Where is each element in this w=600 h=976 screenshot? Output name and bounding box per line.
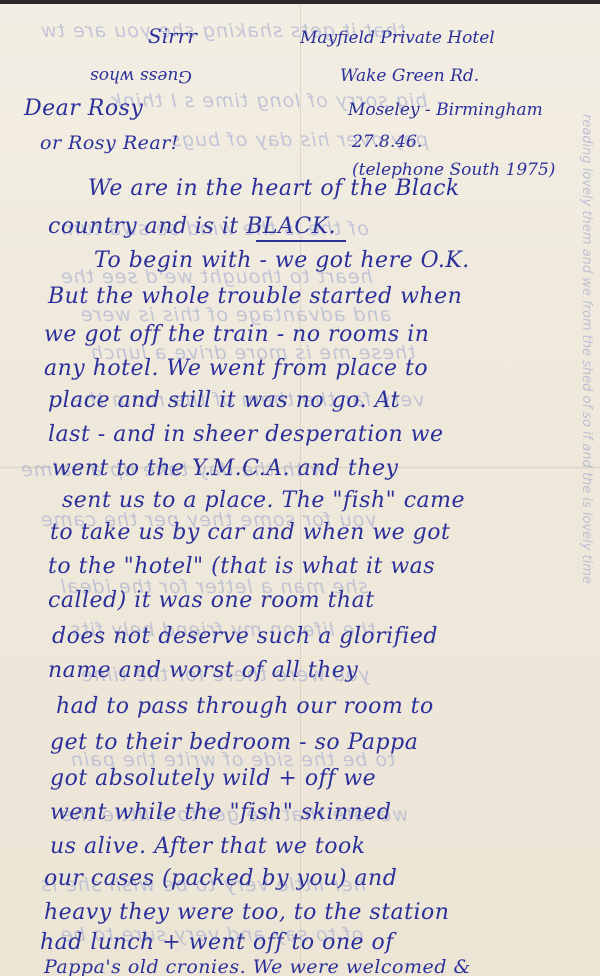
body-line: last - and in sheer desperation we (48, 422, 444, 447)
letter-date: 27.8.46. (352, 132, 422, 152)
body-line: called) it was one room that (48, 588, 375, 613)
body-line: went to the Y.M.C.A. and they (52, 456, 398, 481)
body-line: get to their bedroom - so Pappa (50, 730, 418, 755)
body-line: To begin with - we got here O.K. (94, 248, 470, 273)
body-line: us alive. After that we took (50, 834, 366, 859)
inverted-note: Guess whos (90, 66, 192, 86)
body-line: to the "hotel" (that is what it was (48, 554, 435, 579)
body-line: got absolutely wild + off we (50, 766, 376, 791)
corner-scribble: Sirrr (148, 24, 197, 48)
body-line: Pappa's old cronies. We were welcomed & (44, 956, 471, 976)
body-line: had to pass through our room to (56, 694, 434, 719)
address-hotel: Mayfield Private Hotel (300, 28, 495, 48)
body-line: any hotel. We went from place to (44, 356, 428, 381)
body-line: to take us by car and when we got (50, 520, 450, 545)
body-line: But the whole trouble started when (48, 284, 462, 309)
body-line: country and is it BLACK. (48, 214, 336, 239)
body-line: we got off the train - no rooms in (44, 322, 429, 347)
salutation-nickname: or Rosy Rear! (40, 132, 179, 154)
body-line: name and worst of all they (48, 658, 358, 683)
salutation: Dear Rosy (24, 96, 143, 121)
address-street: Wake Green Rd. (340, 66, 479, 86)
body-line: We are in the heart of the Black (88, 176, 460, 201)
body-line: had lunch + went off to one of (40, 930, 394, 955)
body-line: sent us to a place. The "fish" came (62, 488, 465, 513)
margin-bleed-through: reading lovely them and we from the shed… (568, 114, 594, 954)
body-line: place and still it was no go. At (48, 388, 400, 413)
address-city: Moseley - Birmingham (348, 100, 543, 120)
emphasis-underline (256, 240, 346, 242)
body-line: went while the "fish" skinned (50, 800, 391, 825)
body-line: does not deserve such a glorified (52, 624, 438, 649)
body-line: heavy they were too, to the station (44, 900, 449, 925)
letter-page: that it gets shaking she you are tw big … (0, 4, 600, 976)
body-line: our cases (packed by you) and (44, 866, 397, 891)
